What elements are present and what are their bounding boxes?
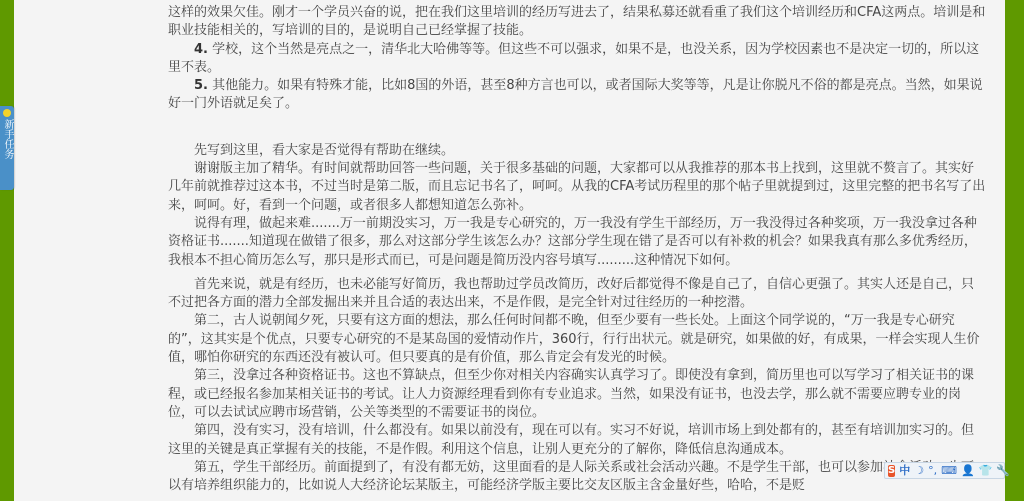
lightbulb-icon	[3, 109, 11, 117]
forum-post-body: 这样的效果欠佳。刚才一个学员兴奋的说，把在我们这里培训的经历写进去了，结果私募还…	[168, 4, 986, 495]
post-paragraph: 5. 其他能力。如果有特殊才能，比如8国的外语，甚至8种方言也可以，或者国际大奖…	[168, 77, 986, 114]
post-paragraph: 第二，古人说朝闻夕死，只要有这方面的想法，那么任何时间都不晚，但至少要有一些长处…	[168, 312, 986, 367]
paragraph-gap	[168, 114, 986, 142]
post-paragraph: 第四，没有实习，没有培训，什么都没有。如果以前没有，现在可以有。实习不好说，培训…	[168, 422, 986, 459]
list-number: 5.	[194, 78, 208, 93]
skin-shirt-icon[interactable]: 👕	[979, 464, 993, 478]
right-page-border	[1005, 0, 1024, 501]
list-number: 4.	[194, 42, 208, 57]
user-account-icon[interactable]: 👤	[961, 464, 975, 478]
punctuation-icon[interactable]: °,	[928, 464, 937, 478]
paragraph-text: 其他能力。如果有特殊才能，比如8国的外语，甚至8种方言也可以，或者国际大奖等等，…	[168, 78, 983, 111]
post-paragraph: 第五，学生干部经历。前面提到了，有没有都无妨，这里面看的是人际关系或社会活动兴趣…	[168, 459, 986, 496]
tools-wrench-icon[interactable]: 🔧	[996, 464, 1010, 478]
post-paragraph: 第三，没拿过各种资格证书。这也不算缺点，但至少你对相关内容确实认真学习了。即使没…	[168, 367, 986, 422]
post-paragraph: 说得有理，做起来难.......万一前期没实习，万一我是专心研究的，万一我没有学…	[168, 215, 986, 270]
post-paragraph: 谢谢版主加了精华。有时间就帮助回答一些问题，关于很多基础的问题，大家都可以从我推…	[168, 160, 986, 215]
left-page-border	[0, 0, 14, 501]
post-paragraph: 4. 学校，这个当然是亮点之一，清华北大哈佛等等。但这些不可以强求，如果不是，也…	[168, 41, 986, 78]
post-paragraph: 首先来说，就是有经历，也未必能写好简历，我也帮助过学员改简历，改好后都觉得不像是…	[168, 276, 986, 313]
newbie-task-label: 新手任务	[0, 119, 14, 159]
post-paragraph: 先写到这里，看大家是否觉得有帮助在继续。	[168, 142, 986, 160]
soft-keyboard-icon[interactable]: ⌨	[941, 464, 957, 478]
half-width-moon-icon[interactable]: ☽	[914, 464, 924, 478]
chinese-mode-toggle[interactable]: 中	[899, 464, 910, 478]
sogou-logo-icon[interactable]: S	[888, 465, 895, 477]
post-paragraph: 这样的效果欠佳。刚才一个学员兴奋的说，把在我们这里培训的经历写进去了，结果私募还…	[168, 4, 986, 41]
newbie-task-tab[interactable]: 新手任务	[0, 106, 14, 190]
ime-toolbar[interactable]: S 中 ☽ °, ⌨ 👤 👕 🔧	[884, 462, 1005, 479]
paragraph-text: 学校，这个当然是亮点之一，清华北大哈佛等等。但这些不可以强求，如果不是，也没关系…	[168, 42, 979, 75]
